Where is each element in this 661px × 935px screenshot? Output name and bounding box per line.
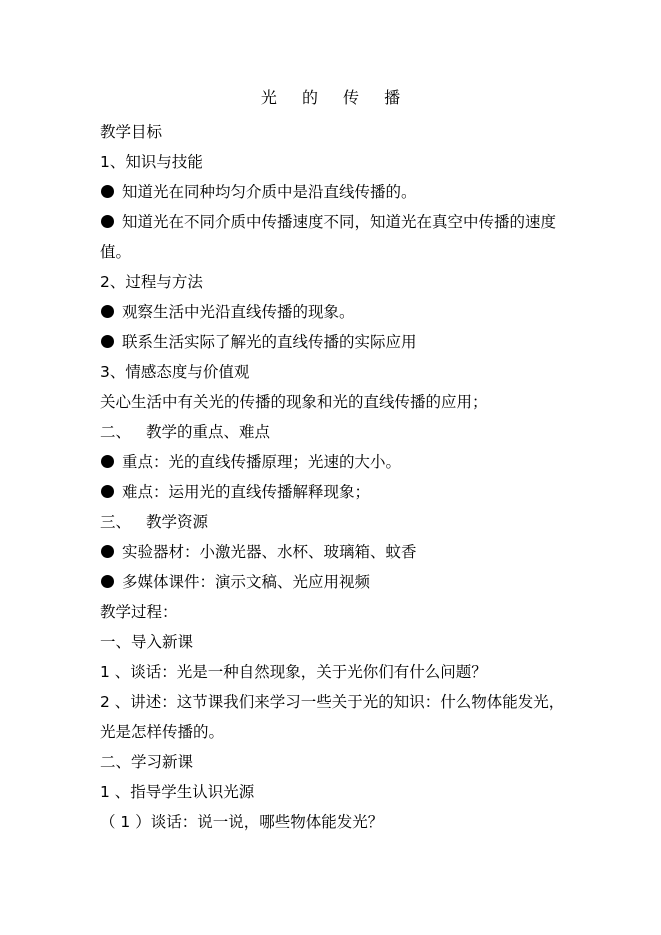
section-heading: 二、教学的重点、难点 <box>100 417 570 447</box>
line-text: 1 、谈话：光是一种自然现象，关于光你们有什么问题？ <box>100 663 487 681</box>
bullet-item: 重点：光的直线传播原理；光速的大小。 <box>100 447 570 477</box>
text-line: 一、导入新课 <box>100 627 570 657</box>
section-heading: 三、教学资源 <box>100 507 570 537</box>
text-line: 2、过程与方法 <box>100 267 570 297</box>
text-line: 3、情感态度与价值观 <box>100 357 570 387</box>
bullet-item: 观察生活中光沿直线传播的现象。 <box>100 297 570 327</box>
line-text: 教学过程： <box>100 603 178 621</box>
line-text: 光是怎样传播的。 <box>100 723 224 741</box>
text-line: 二、学习新课 <box>100 747 570 777</box>
bullet-item: 知道光在不同介质中传播速度不同，知道光在真空中传播的速度 <box>100 207 570 237</box>
line-text: （ 1 ）谈话：说一说，哪些物体能发光？ <box>100 813 383 831</box>
text-line: 1、知识与技能 <box>100 147 570 177</box>
text-line: 教学目标 <box>100 117 570 147</box>
bullet-item: 联系生活实际了解光的直线传播的实际应用 <box>100 327 570 357</box>
line-text: 2 、讲述：这节课我们来学习一些关于光的知识：什么物体能发光， <box>100 693 564 711</box>
bullet-icon <box>101 215 114 228</box>
bullet-icon <box>101 575 114 588</box>
line-text: 知道光在同种均匀介质中是沿直线传播的。 <box>122 183 417 201</box>
bullet-item: 知道光在同种均匀介质中是沿直线传播的。 <box>100 177 570 207</box>
bullet-icon <box>101 485 114 498</box>
line-text: 联系生活实际了解光的直线传播的实际应用 <box>122 333 417 351</box>
line-text: 1、知识与技能 <box>100 153 203 171</box>
line-text: 知道光在不同介质中传播速度不同，知道光在真空中传播的速度 <box>122 213 556 231</box>
document-title: 光 的 传 播 <box>0 87 661 109</box>
line-text: 观察生活中光沿直线传播的现象。 <box>122 303 355 321</box>
bullet-item: 多媒体课件：演示文稿、光应用视频 <box>100 567 570 597</box>
line-text: 一、导入新课 <box>100 633 193 651</box>
line-text: 1 、指导学生认识光源 <box>100 783 254 801</box>
title-char: 光 <box>261 87 277 109</box>
section-number: 三、 <box>100 507 146 537</box>
line-text: 值。 <box>100 243 131 261</box>
document-page: 光 的 传 播 教学目标1、知识与技能知道光在同种均匀介质中是沿直线传播的。知道… <box>0 0 661 935</box>
text-line: 1 、指导学生认识光源 <box>100 777 570 807</box>
title-char: 传 <box>343 87 359 109</box>
line-text: 关心生活中有关光的传播的现象和光的直线传播的应用； <box>100 393 488 411</box>
line-text: 多媒体课件：演示文稿、光应用视频 <box>122 573 370 591</box>
line-text: 教学的重点、难点 <box>146 423 270 441</box>
text-line: 教学过程： <box>100 597 570 627</box>
line-text: 实验器材：小激光器、水杯、玻璃箱、蚊香 <box>122 543 417 561</box>
line-text: 2、过程与方法 <box>100 273 203 291</box>
line-text: 重点：光的直线传播原理；光速的大小。 <box>122 453 401 471</box>
bullet-icon <box>101 545 114 558</box>
line-text: 3、情感态度与价值观 <box>100 363 249 381</box>
line-text: 教学目标 <box>100 123 162 141</box>
line-text: 难点：运用光的直线传播解释现象； <box>122 483 370 501</box>
text-line: 2 、讲述：这节课我们来学习一些关于光的知识：什么物体能发光， <box>100 687 570 717</box>
bullet-icon <box>101 185 114 198</box>
line-text: 二、学习新课 <box>100 753 193 771</box>
document-body: 教学目标1、知识与技能知道光在同种均匀介质中是沿直线传播的。知道光在不同介质中传… <box>100 117 570 837</box>
text-line: 光是怎样传播的。 <box>100 717 570 747</box>
title-char: 的 <box>302 87 318 109</box>
line-text: 教学资源 <box>146 513 208 531</box>
bullet-icon <box>101 335 114 348</box>
title-char: 播 <box>384 87 400 109</box>
section-number: 二、 <box>100 417 146 447</box>
text-line: 值。 <box>100 237 570 267</box>
bullet-icon <box>101 305 114 318</box>
text-line: 关心生活中有关光的传播的现象和光的直线传播的应用； <box>100 387 570 417</box>
bullet-item: 难点：运用光的直线传播解释现象； <box>100 477 570 507</box>
bullet-item: 实验器材：小激光器、水杯、玻璃箱、蚊香 <box>100 537 570 567</box>
text-line: （ 1 ）谈话：说一说，哪些物体能发光？ <box>100 807 570 837</box>
text-line: 1 、谈话：光是一种自然现象，关于光你们有什么问题？ <box>100 657 570 687</box>
bullet-icon <box>101 455 114 468</box>
